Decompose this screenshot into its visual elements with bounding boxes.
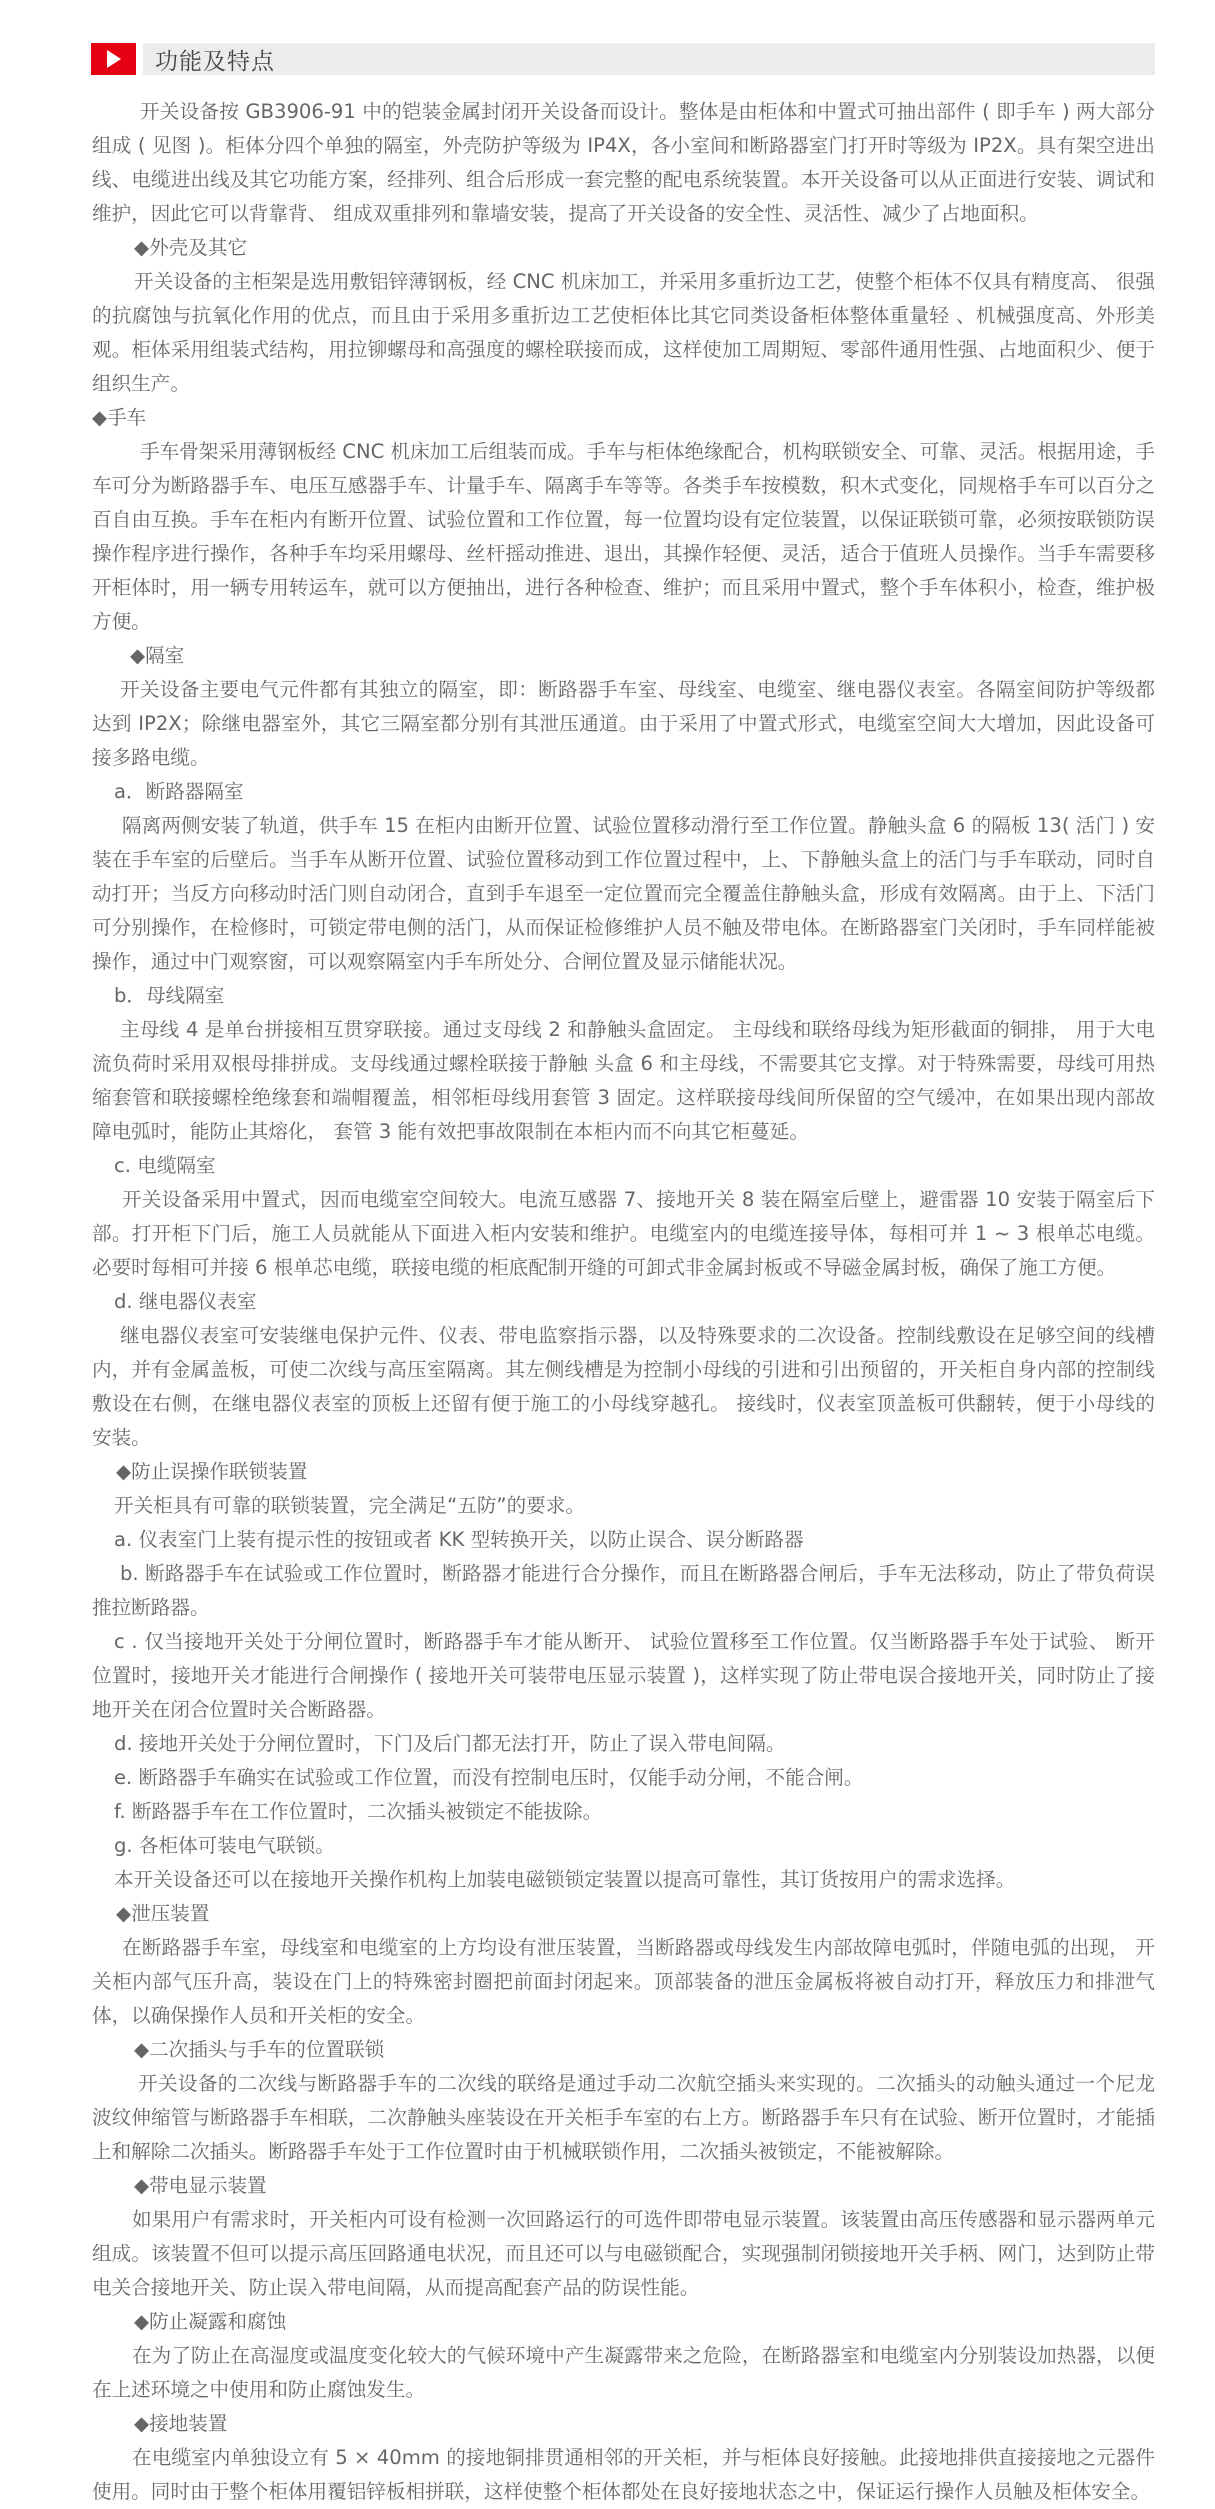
section-subheading: f. 断路器手车在工作位置时，二次插头被锁定不能拔除。 [92,1795,1155,1829]
section-subheading: d. 继电器仪表室 [92,1285,1155,1319]
section-subheading: c. 电缆隔室 [92,1149,1155,1183]
play-triangle-icon [106,49,122,69]
section-subheading: b．母线隔室 [92,979,1155,1013]
section-title: 功能及特点 [155,43,275,76]
paragraph: c . 仅当接地开关处于分闸位置时，断路器手车才能从断开、 试验位置移至工作位置… [92,1625,1155,1727]
section-subheading: e. 断路器手车确实在试验或工作位置，而没有控制电压时，仅能手动分闸，不能合闸。 [92,1761,1155,1795]
section-subheading: ◆二次插头与手车的位置联锁 [92,2033,1155,2067]
paragraph: 开关设备的二次线与断路器手车的二次线的联络是通过手动二次航空插头来实现的。二次插… [92,2067,1155,2169]
section-title-bar: 功能及特点 [143,43,1155,75]
section-subheading: ◆防止误操作联锁装置 [92,1455,1155,1489]
section-subheading: 开关柜具有可靠的联锁装置，完全满足“五防”的要求。 [92,1489,1155,1523]
section-subheading: ◆接地装置 [92,2407,1155,2414]
paragraph: 隔离两侧安装了轨道，供手车 15 在柜内由断开位置、试验位置移动滑行至工作位置。… [92,809,1155,979]
paragraph: 在断路器手车室，母线室和电缆室的上方均设有泄压装置，当断路器或母线发生内部故障电… [92,1931,1155,2033]
paragraph: 手车骨架采用薄钢板经 CNC 机床加工后组装而成。手车与柜体绝缘配合，机构联锁安… [92,435,1155,639]
section-subheading: d. 接地开关处于分闸位置时，下门及后门都无法打开，防止了误入带电间隔。 [92,1727,1155,1761]
article-body: 开关设备按 GB3906-91 中的铠装金属封闭开关设备而设计。整体是由柜体和中… [92,95,1155,2414]
paragraph: 继电器仪表室可安装继电保护元件、仪表、带电监察指示器，以及特殊要求的二次设备。控… [92,1319,1155,1455]
section-subheading: a．断路器隔室 [92,775,1155,809]
section-subheading: a. 仪表室门上装有提示性的按钮或者 KK 型转换开关，以防止误合、误分断路器 [92,1523,1155,1557]
section-subheading: ◆带电显示装置 [92,2169,1155,2203]
play-icon [91,43,136,75]
paragraph: b. 断路器手车在试验或工作位置时，断路器才能进行合分操作，而且在断路器合闸后，… [92,1557,1155,1625]
section-subheading: ◆防止凝露和腐蚀 [92,2305,1155,2339]
section-subheading: ◆泄压装置 [92,1897,1155,1931]
section-header: 功能及特点 [91,43,1155,75]
paragraph: 开关设备主要电气元件都有其独立的隔室，即：断路器手车室、母线室、电缆室、继电器仪… [92,673,1155,775]
paragraph: 开关设备按 GB3906-91 中的铠装金属封闭开关设备而设计。整体是由柜体和中… [92,95,1155,231]
section-subheading: ◆手车 [92,401,1155,435]
section-subheading: ◆外壳及其它 [92,231,1155,265]
paragraph: 开关设备采用中置式，因而电缆室空间较大。电流互感器 7、接地开关 8 装在隔室后… [92,1183,1155,1285]
paragraph: 主母线 4 是单台拼接相互贯穿联接。通过支母线 2 和静触头盒固定。 主母线和联… [92,1013,1155,1149]
section-subheading: g. 各柜体可装电气联锁。 [92,1829,1155,1863]
paragraph: 开关设备的主柜架是选用敷铝锌薄钢板，经 CNC 机床加工，并采用多重折边工艺，使… [92,265,1155,401]
section-subheading: 本开关设备还可以在接地开关操作机构上加装电磁锁锁定装置以提高可靠性，其订货按用户… [92,1863,1155,1897]
paragraph: 如果用户有需求时，开关柜内可设有检测一次回路运行的可选件即带电显示装置。该装置由… [92,2203,1155,2305]
paragraph: 在为了防止在高湿度或温度变化较大的气候环境中产生凝露带来之危险，在断路器室和电缆… [92,2339,1155,2407]
section-subheading: ◆隔室 [92,639,1155,673]
